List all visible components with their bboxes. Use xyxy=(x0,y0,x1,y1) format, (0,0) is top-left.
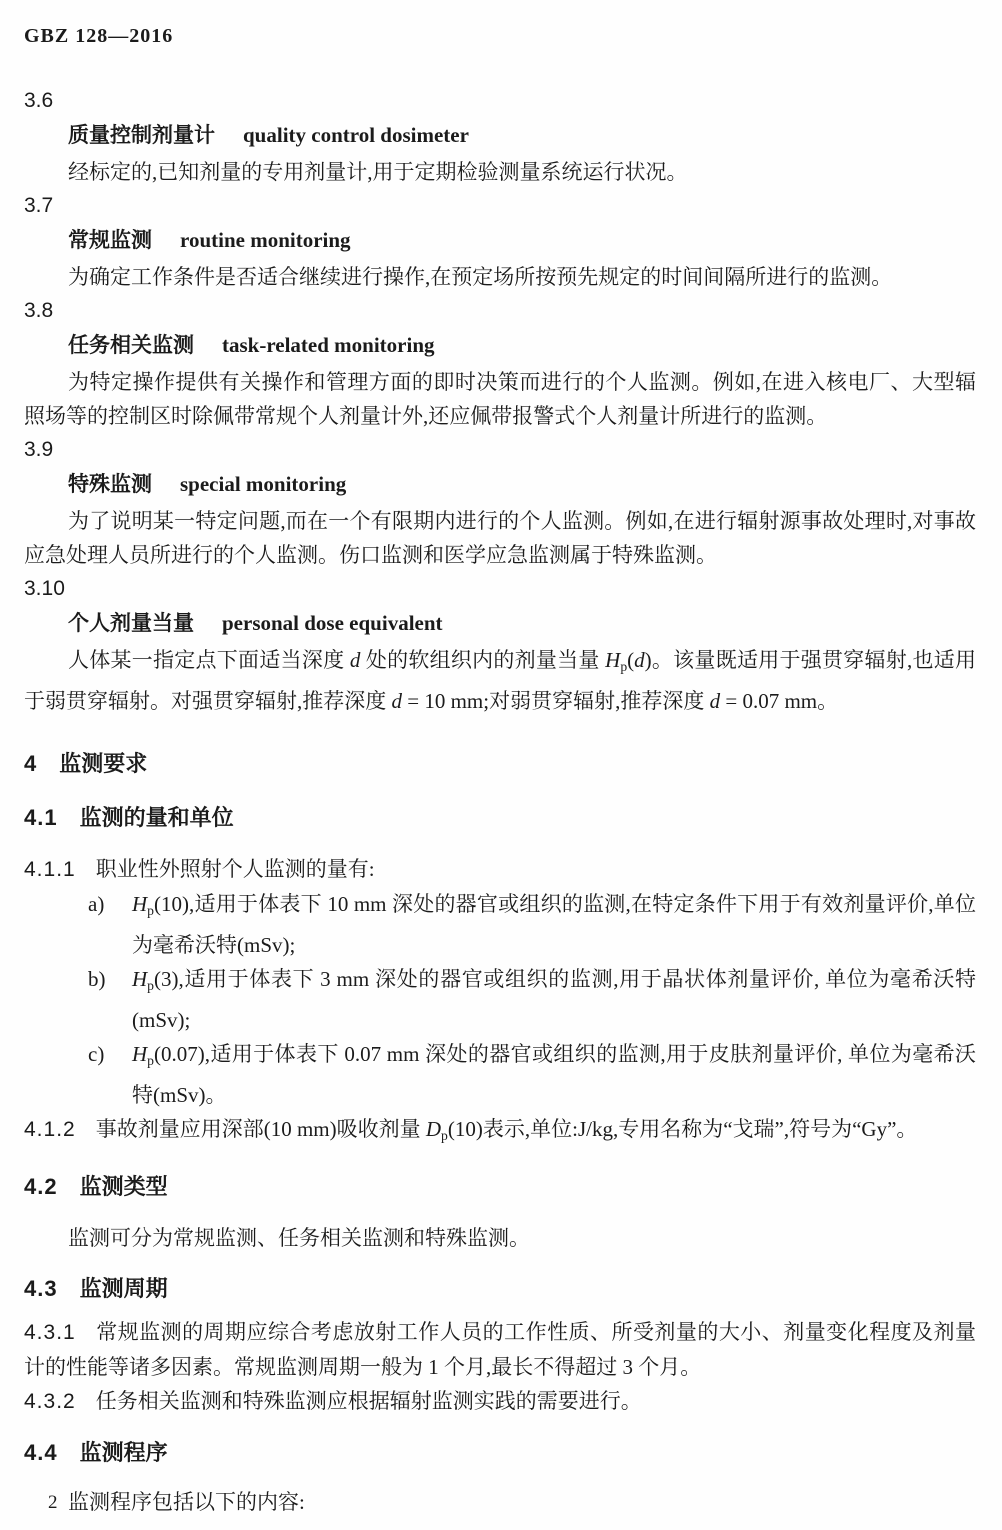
paragraph-4-2: 监测可分为常规监测、任务相关监测和特殊监测。 xyxy=(24,1221,976,1255)
section-title: 监测周期 xyxy=(80,1276,168,1301)
document-page: GBZ 128—2016 3.6 质量控制剂量计quality control … xyxy=(0,0,1002,1530)
list-item-b: b)Hp(3),适用于体表下 3 mm 深处的器官或组织的监测,用于晶状体剂量评… xyxy=(24,962,976,1037)
chapter-title: 监测要求 xyxy=(59,751,147,776)
clause-number-3-7: 3.7 xyxy=(24,189,976,223)
section-title: 监测的量和单位 xyxy=(80,805,234,830)
clause-number: 4.1.1 xyxy=(24,858,76,881)
page-number: 2 xyxy=(48,1492,58,1514)
term-en: personal dose equivalent xyxy=(222,611,443,635)
section-title: 监测类型 xyxy=(80,1174,168,1199)
term-heading-3-7: 常规监测routine monitoring xyxy=(24,223,976,260)
section-title: 监测程序 xyxy=(80,1440,168,1465)
section-heading-4-2: 4.2监测类型 xyxy=(24,1167,976,1207)
clause-4-3-2: 4.3.2任务相关监测和特殊监测应根据辐射监测实践的需要进行。 xyxy=(24,1384,976,1419)
term-zh: 任务相关监测 xyxy=(68,334,194,357)
clause-text: 任务相关监测和特殊监测应根据辐射监测实践的需要进行。 xyxy=(96,1389,642,1413)
term-definition-3-6: 经标定的,已知剂量的专用剂量计,用于定期检验测量系统运行状况。 xyxy=(24,155,976,189)
clause-number-3-10: 3.10 xyxy=(24,572,976,606)
list-item-label: c) xyxy=(88,1037,104,1071)
clause-text: 职业性外照射个人监测的量有: xyxy=(96,857,375,881)
list-item-c: c)Hp(0.07),适用于体表下 0.07 mm 深处的器官或组织的监测,用于… xyxy=(24,1037,976,1112)
chapter-heading-4: 4监测要求 xyxy=(24,744,976,784)
list-item-a: a)Hp(10),适用于体表下 10 mm 深处的器官或组织的监测,在特定条件下… xyxy=(24,887,976,962)
section-number: 4.3 xyxy=(24,1276,58,1301)
section-heading-4-1: 4.1监测的量和单位 xyxy=(24,798,976,838)
term-heading-3-6: 质量控制剂量计quality control dosimeter xyxy=(24,118,976,155)
paragraph-4-4: 监测程序包括以下的内容: xyxy=(24,1485,976,1519)
term-zh: 特殊监测 xyxy=(68,473,152,496)
clause-number-3-9: 3.9 xyxy=(24,433,976,467)
term-en: routine monitoring xyxy=(180,228,351,252)
term-zh: 个人剂量当量 xyxy=(68,612,194,635)
term-definition-3-7: 为确定工作条件是否适合继续进行操作,在预定场所按预先规定的时间间隔所进行的监测。 xyxy=(24,260,976,294)
term-heading-3-8: 任务相关监测task-related monitoring xyxy=(24,328,976,365)
section-number: 4.1 xyxy=(24,805,58,830)
section-number: 4.4 xyxy=(24,1440,58,1465)
term-zh: 常规监测 xyxy=(68,229,152,252)
clause-text: 事故剂量应用深部(10 mm)吸收剂量 Dp(10)表示,单位:J/kg,专用名… xyxy=(96,1117,918,1141)
term-heading-3-10: 个人剂量当量personal dose equivalent xyxy=(24,606,976,643)
term-en: special monitoring xyxy=(180,472,346,496)
clause-number: 4.3.2 xyxy=(24,1390,76,1413)
chapter-number: 4 xyxy=(24,751,37,776)
list-item-text: Hp(3),适用于体表下 3 mm 深处的器官或组织的监测,用于晶状体剂量评价,… xyxy=(132,967,976,1032)
term-en: task-related monitoring xyxy=(222,333,435,357)
section-heading-4-4: 4.4监测程序 xyxy=(24,1433,976,1473)
list-item-text: Hp(10),适用于体表下 10 mm 深处的器官或组织的监测,在特定条件下用于… xyxy=(132,892,976,957)
clause-number-3-8: 3.8 xyxy=(24,294,976,328)
clause-4-3-1: 4.3.1常规监测的周期应综合考虑放射工作人员的工作性质、所受剂量的大小、剂量变… xyxy=(24,1315,976,1384)
term-heading-3-9: 特殊监测special monitoring xyxy=(24,467,976,504)
clause-4-1-2: 4.1.2事故剂量应用深部(10 mm)吸收剂量 Dp(10)表示,单位:J/k… xyxy=(24,1112,976,1153)
term-definition-3-10: 人体某一指定点下面适当深度 d 处的软组织内的剂量当量 Hp(d)。该量既适用于… xyxy=(24,643,976,718)
list-item-label: a) xyxy=(88,887,104,921)
term-zh: 质量控制剂量计 xyxy=(68,124,215,147)
term-definition-3-9: 为了说明某一特定问题,而在一个有限期内进行的个人监测。例如,在进行辐射源事故处理… xyxy=(24,504,976,572)
list-item-text: Hp(0.07),适用于体表下 0.07 mm 深处的器官或组织的监测,用于皮肤… xyxy=(132,1042,976,1107)
section-heading-4-3: 4.3监测周期 xyxy=(24,1269,976,1309)
term-definition-3-8: 为特定操作提供有关操作和管理方面的即时决策而进行的个人监测。例如,在进入核电厂、… xyxy=(24,365,976,433)
term-en: quality control dosimeter xyxy=(243,123,469,147)
clause-text: 常规监测的周期应综合考虑放射工作人员的工作性质、所受剂量的大小、剂量变化程度及剂… xyxy=(24,1320,976,1379)
list-item-label: b) xyxy=(88,962,106,996)
section-number: 4.2 xyxy=(24,1174,58,1199)
clause-number: 4.3.1 xyxy=(24,1321,76,1344)
clause-number: 4.1.2 xyxy=(24,1118,76,1141)
clause-number-3-6: 3.6 xyxy=(24,84,976,118)
clause-4-1-1: 4.1.1职业性外照射个人监测的量有: xyxy=(24,852,976,887)
doc-code: GBZ 128—2016 xyxy=(24,22,976,50)
